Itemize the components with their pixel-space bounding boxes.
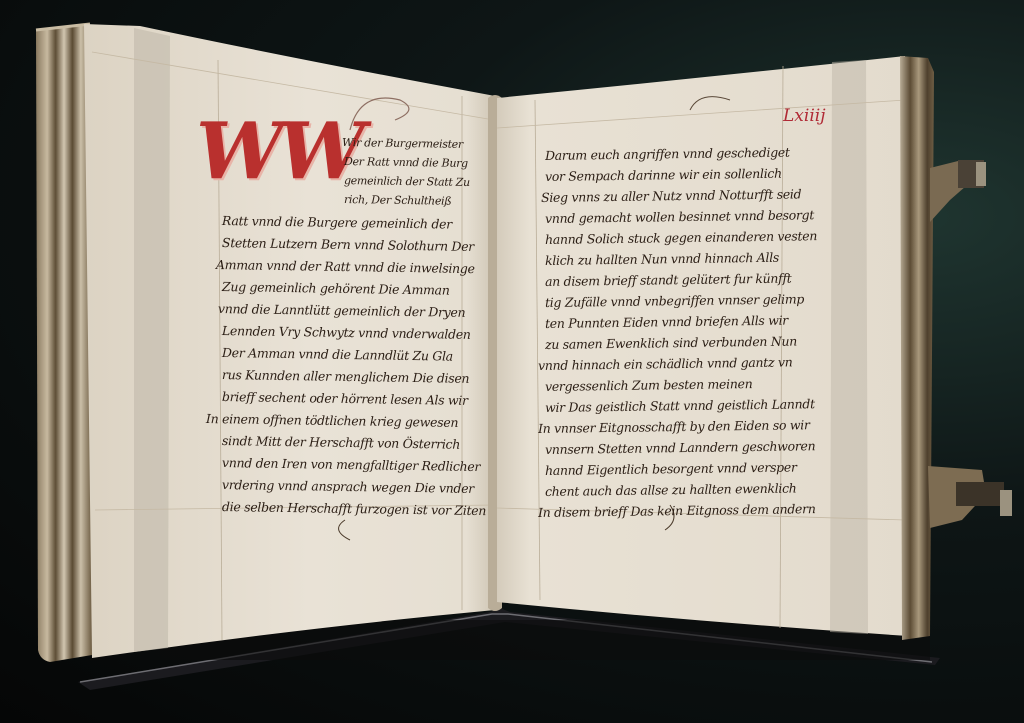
text-line: rich, Der Schultheiß bbox=[344, 193, 452, 208]
text-line: vergessenlich Zum besten meinen bbox=[545, 376, 753, 394]
text-line: Der Ratt vnnd die Burg bbox=[344, 155, 468, 170]
left-page-edges bbox=[36, 24, 92, 662]
manuscript-book bbox=[0, 0, 1024, 723]
photo-scene: WW Lxiiij Wir der Burgermeister Der Ratt… bbox=[0, 0, 1024, 723]
upper-clasp bbox=[930, 160, 986, 222]
right-page-edges bbox=[900, 56, 934, 640]
text-line: gemeinlich der Statt Zu bbox=[344, 174, 470, 189]
folio-number: Lxiiij bbox=[783, 106, 825, 126]
illuminated-initial: WW bbox=[196, 104, 344, 200]
lower-clasp bbox=[928, 466, 1012, 528]
text-line: Wir der Burgermeister bbox=[342, 136, 463, 151]
